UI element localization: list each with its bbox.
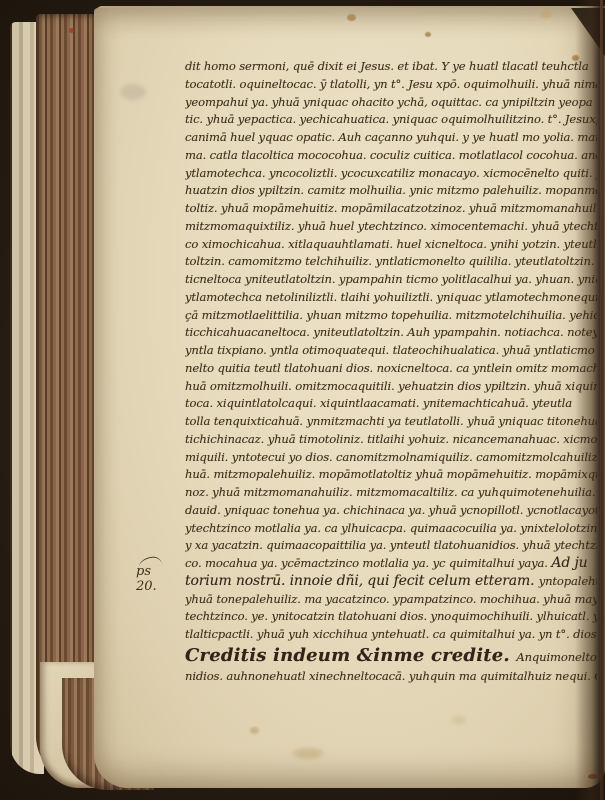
manuscript-line: y xa yacatzin. quimaacopaittilia ya. ynt… [185, 537, 597, 555]
psalm-number: 20. [136, 580, 157, 595]
manuscript-line: huā. mitzmopalehuiliz. mopāmotlatoltiz y… [185, 466, 597, 484]
stain-spot [293, 748, 323, 759]
latin-segment: Creditis indeum &inme credite. [185, 645, 516, 666]
manuscript-line: mitzmomaquixtiliz. yhuā huel ytechtzinco… [185, 218, 597, 236]
manuscript-line: huā omitzmolhuili. omitzmocaquitili. yeh… [185, 378, 597, 396]
text-block: dit homo sermoni, quē dixit ei Jesus. et… [185, 58, 597, 686]
manuscript-line: tocatotli. oquineltocac. ȳ tlatolli, yn … [185, 76, 597, 94]
stain-spot [347, 14, 356, 21]
manuscript-line: toltzin. camomitzmo telchihuiliz. yntlat… [185, 253, 597, 271]
manuscript-line: Creditis indeum &inme credite. Anquimone… [185, 644, 597, 668]
manuscript-line: tolla tenquixticahuā. ynmitzmachti ya te… [185, 413, 597, 431]
manuscript-line: tic. yhuā yepactica. yechicahuatica. yni… [185, 111, 597, 129]
manuscript-line: dit homo sermoni, quē dixit ei Jesus. et… [185, 58, 597, 76]
photo-background: ps 20. dit homo sermoni, quē dixit ei Je… [0, 0, 605, 800]
manuscript-line: ytechtzinco motlalia ya. ca ylhuicacpa. … [185, 520, 597, 538]
manuscript-line: yhuā tonepalehuiliz. ma yacatzinco. ypam… [185, 591, 597, 609]
manuscript-line: canimā huel yquac opatic. Auh caçanno yu… [185, 129, 597, 147]
latin-segment: torium nostrū. innoie dñi, qui fecit cel… [185, 573, 539, 589]
manuscript-line: dauid. yniquac tonehua ya. chichinaca ya… [185, 502, 597, 520]
manuscript-line: ma. catla tlacoltica mococohua. coculiz … [185, 147, 597, 165]
manuscript-line: techtzinco. ye. ynitocatzin tlatohuani d… [185, 608, 597, 626]
manuscript-line: co. mocahua ya. ycēmactzinco motlalia ya… [185, 555, 597, 573]
margin-note-psalm: ps 20. [136, 565, 157, 594]
psalm-abbrev: ps [136, 565, 157, 580]
manuscript-line: ytlamotechca netoliniliztli. tlaihi yohu… [185, 289, 597, 307]
manuscript-line: yeompahui ya. yhuā yniquac ohacito ychā,… [185, 94, 597, 112]
manuscript-line: toca. xiquintlatolcaqui. xiquintlaacamat… [185, 395, 597, 413]
stain-spot [120, 84, 146, 100]
manuscript-line: tlalticpactli. yhuā yuh xicchihua yntehu… [185, 626, 597, 644]
line-text: co. mocahua ya. ycēmactzinco motlalia ya… [185, 556, 551, 570]
stain-spot [452, 716, 466, 724]
stain-spot [69, 28, 74, 33]
manuscript-line: nelto quitia teutl tlatohuani dios. noxi… [185, 360, 597, 378]
manuscript-line: ytlamotechca. yncocoliztli. ycocuxcatili… [185, 165, 597, 183]
manuscript-line: torium nostrū. innoie dñi, qui fecit cel… [185, 573, 597, 591]
manuscript-line: ticneltoca yniteutlatoltzin. ypampahin t… [185, 271, 597, 289]
manuscript-line: ticchicahuacaneltoca. yniteutlatoltzin. … [185, 324, 597, 342]
manuscript-line: nidios. auhnonehuatl xinechneltocacā. yu… [185, 668, 597, 686]
manuscript-line: co ximochicahua. xitlaquauhtlamati. huel… [185, 236, 597, 254]
manuscript-line: çā mitzmotlaelittilia. yhuan mitzmo tope… [185, 307, 597, 325]
stain-spot [425, 32, 431, 37]
manuscript-line: miquili. yntotecui yo dios. canomitzmoln… [185, 449, 597, 467]
manuscript-line: noz. yhuā mitzmomanahuiliz. mitzmomacalt… [185, 484, 597, 502]
manuscript-line: tichichinacaz. yhuā timotoliniz. titlaih… [185, 431, 597, 449]
gutter-edge-line [600, 0, 603, 800]
stain-spot [540, 10, 552, 18]
manuscript-page: ps 20. dit homo sermoni, quē dixit ei Je… [94, 8, 605, 788]
manuscript-line: yntla tixpiano. yntla otimoquatequi. tla… [185, 342, 597, 360]
manuscript-line: toltiz. yhuā mopāmehuitiz. mopāmilacatzo… [185, 200, 597, 218]
stain-spot [250, 727, 259, 734]
manuscript-line: huatzin dios ypiltzin. camitz molhuilia.… [185, 182, 597, 200]
